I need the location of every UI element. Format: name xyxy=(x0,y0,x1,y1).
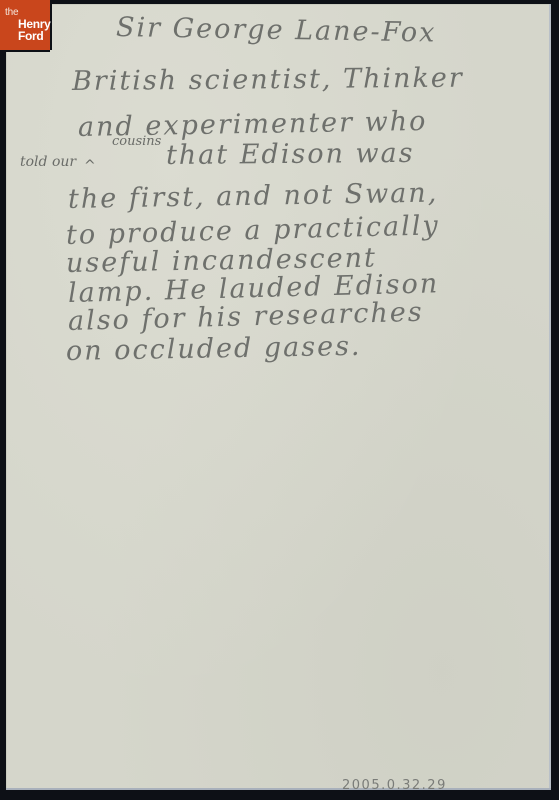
handwritten-line-1: Sir George Lane-Fox xyxy=(116,12,437,49)
insertion-caret: ^ xyxy=(84,158,96,174)
accession-number: 2005.0.32.29 xyxy=(342,778,447,793)
paper-sheet: Sir George Lane-Fox British scientist, T… xyxy=(6,4,551,790)
handwritten-line-2: British scientist, Thinker xyxy=(72,63,464,97)
handwritten-text: Sir George Lane-Fox British scientist, T… xyxy=(6,4,551,790)
handwritten-margin-note: told our xyxy=(20,154,76,170)
logo-text-the: the xyxy=(5,8,18,18)
henry-ford-logo: the Henry Ford xyxy=(0,0,50,50)
handwritten-line-10: on occluded gases. xyxy=(66,331,362,367)
handwritten-line-4: that Edison was xyxy=(166,138,415,171)
logo-text-ford: Ford xyxy=(18,30,43,42)
document-viewer: the Henry Ford Sir George Lane-Fox Briti… xyxy=(0,0,559,800)
handwritten-line-5: the first, and not Swan, xyxy=(68,178,439,215)
handwritten-insertion: cousins xyxy=(112,134,161,149)
